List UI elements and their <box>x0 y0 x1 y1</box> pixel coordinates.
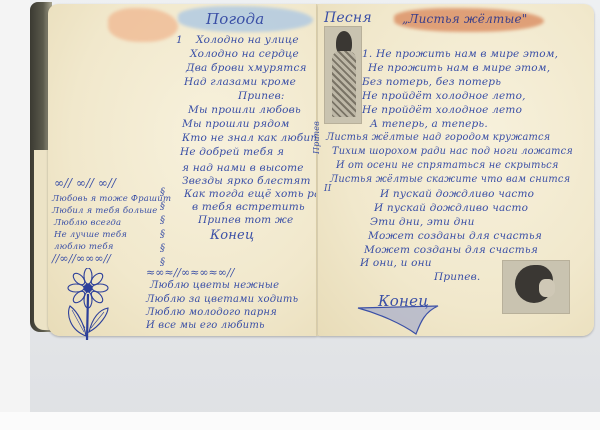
chorus-line: Звезды ярко блестят <box>182 175 311 189</box>
left-page-title: Погода <box>206 10 264 28</box>
chorus-end: Припев. <box>434 271 480 285</box>
chorus-line: Тихим шорохом ради нас под ноги ложатся <box>332 146 573 157</box>
verse2-line: И пускай дождливо часто <box>374 202 528 216</box>
verse2-line: И пускай дождливо часто <box>380 188 534 202</box>
side-verse-line: Люблю всегда <box>54 218 121 228</box>
photo-woman-profile <box>502 260 570 314</box>
verse2-line: Может созданы для счастья <box>364 244 538 258</box>
left-page: Погода 1 Холодно на улице Холодно на сер… <box>48 4 318 336</box>
verse-line: Без потерь, без потерь <box>362 76 501 90</box>
chorus-line: Листья жёлтые над городом кружатся <box>326 132 550 143</box>
verse2-line: И они, и они <box>360 257 432 271</box>
bottom-verse-line: И все мы его любить <box>146 320 265 331</box>
side-chorus-label: Припев <box>312 121 321 154</box>
flourish-row: ≈∞≈//∞≈∞≈∞// <box>146 266 234 279</box>
side-verse-line: Не лучше тебя <box>54 230 127 240</box>
verse-line: 1. Не прожить нам в мире этом, <box>362 48 558 62</box>
side-verse-line: люблю тебя <box>54 242 114 252</box>
verse-number: 1 <box>176 34 183 48</box>
bottom-verse-line: Люблю цветы нежные <box>150 280 279 291</box>
side-verse-line: Любил я тебя больше <box>52 206 158 216</box>
daisy-flower-icon <box>60 268 116 340</box>
verse-line: Два брови хмурятся <box>186 62 307 76</box>
verse2-line: Может созданы для счастья <box>368 230 542 244</box>
chorus-line: я над нами в высоте <box>182 162 304 176</box>
song-label: Песня <box>324 10 372 26</box>
verse-line: Холодно на улице <box>196 34 299 48</box>
song-title: „Листья жёлтые" <box>402 12 528 26</box>
photo-standing-woman <box>324 26 362 124</box>
end-word: Конец <box>210 228 254 243</box>
underline-flourish-icon <box>354 302 444 336</box>
verse2-line: Эти дни, эти дни <box>370 216 475 230</box>
flourish-row: ∞// ∞// ∞// <box>54 176 116 190</box>
flourish-row: //∞//∞∞∞// <box>52 252 111 265</box>
chorus-line: И от осени не спрятаться не скрыться <box>336 160 559 171</box>
verse-line: Не пройдёт холодное лето <box>362 104 522 118</box>
chorus-line: в тебя встретить <box>192 201 305 215</box>
scan-margin-bottom <box>0 412 600 430</box>
right-page: Песня „Листья жёлтые" 1. Не прожить нам … <box>318 4 594 336</box>
verse-line: Не прожить нам в мире этом, <box>368 62 550 76</box>
verse-number: 1. <box>362 48 372 60</box>
verse-line: А теперь, а теперь. <box>370 118 488 132</box>
scan-margin-left <box>0 0 30 430</box>
verse-line: Над глазами кроме <box>184 76 296 90</box>
verse-text: Не прожить нам в мире этом, <box>376 48 558 60</box>
chorus-label: Припев: <box>238 90 285 104</box>
verse-line: Не пройдёт холодное лето, <box>362 90 526 104</box>
chorus-line: Мы прошли рядом <box>182 118 290 132</box>
verse-line: Холодно на сердце <box>190 48 299 62</box>
orange-wash <box>108 8 178 42</box>
bottom-verse-line: Люблю молодого парня <box>146 307 277 318</box>
side-verse-line: Любовь я тоже Фрашит <box>52 194 171 204</box>
chorus-line: Кто не знал как любить <box>182 132 326 146</box>
chorus-line: Как тогда ещё хоть раз <box>184 188 326 202</box>
verse2-number: II <box>324 184 332 194</box>
bottom-verse-line: Люблю за цветами ходить <box>146 294 298 305</box>
chorus-line: Не добрей тебя я <box>180 146 284 160</box>
chorus-line: Мы прошли любовь <box>188 104 301 118</box>
chorus-end: Припев тот же <box>198 214 293 228</box>
chorus-line: Листья жёлтые скажите что вам снится <box>330 174 570 185</box>
